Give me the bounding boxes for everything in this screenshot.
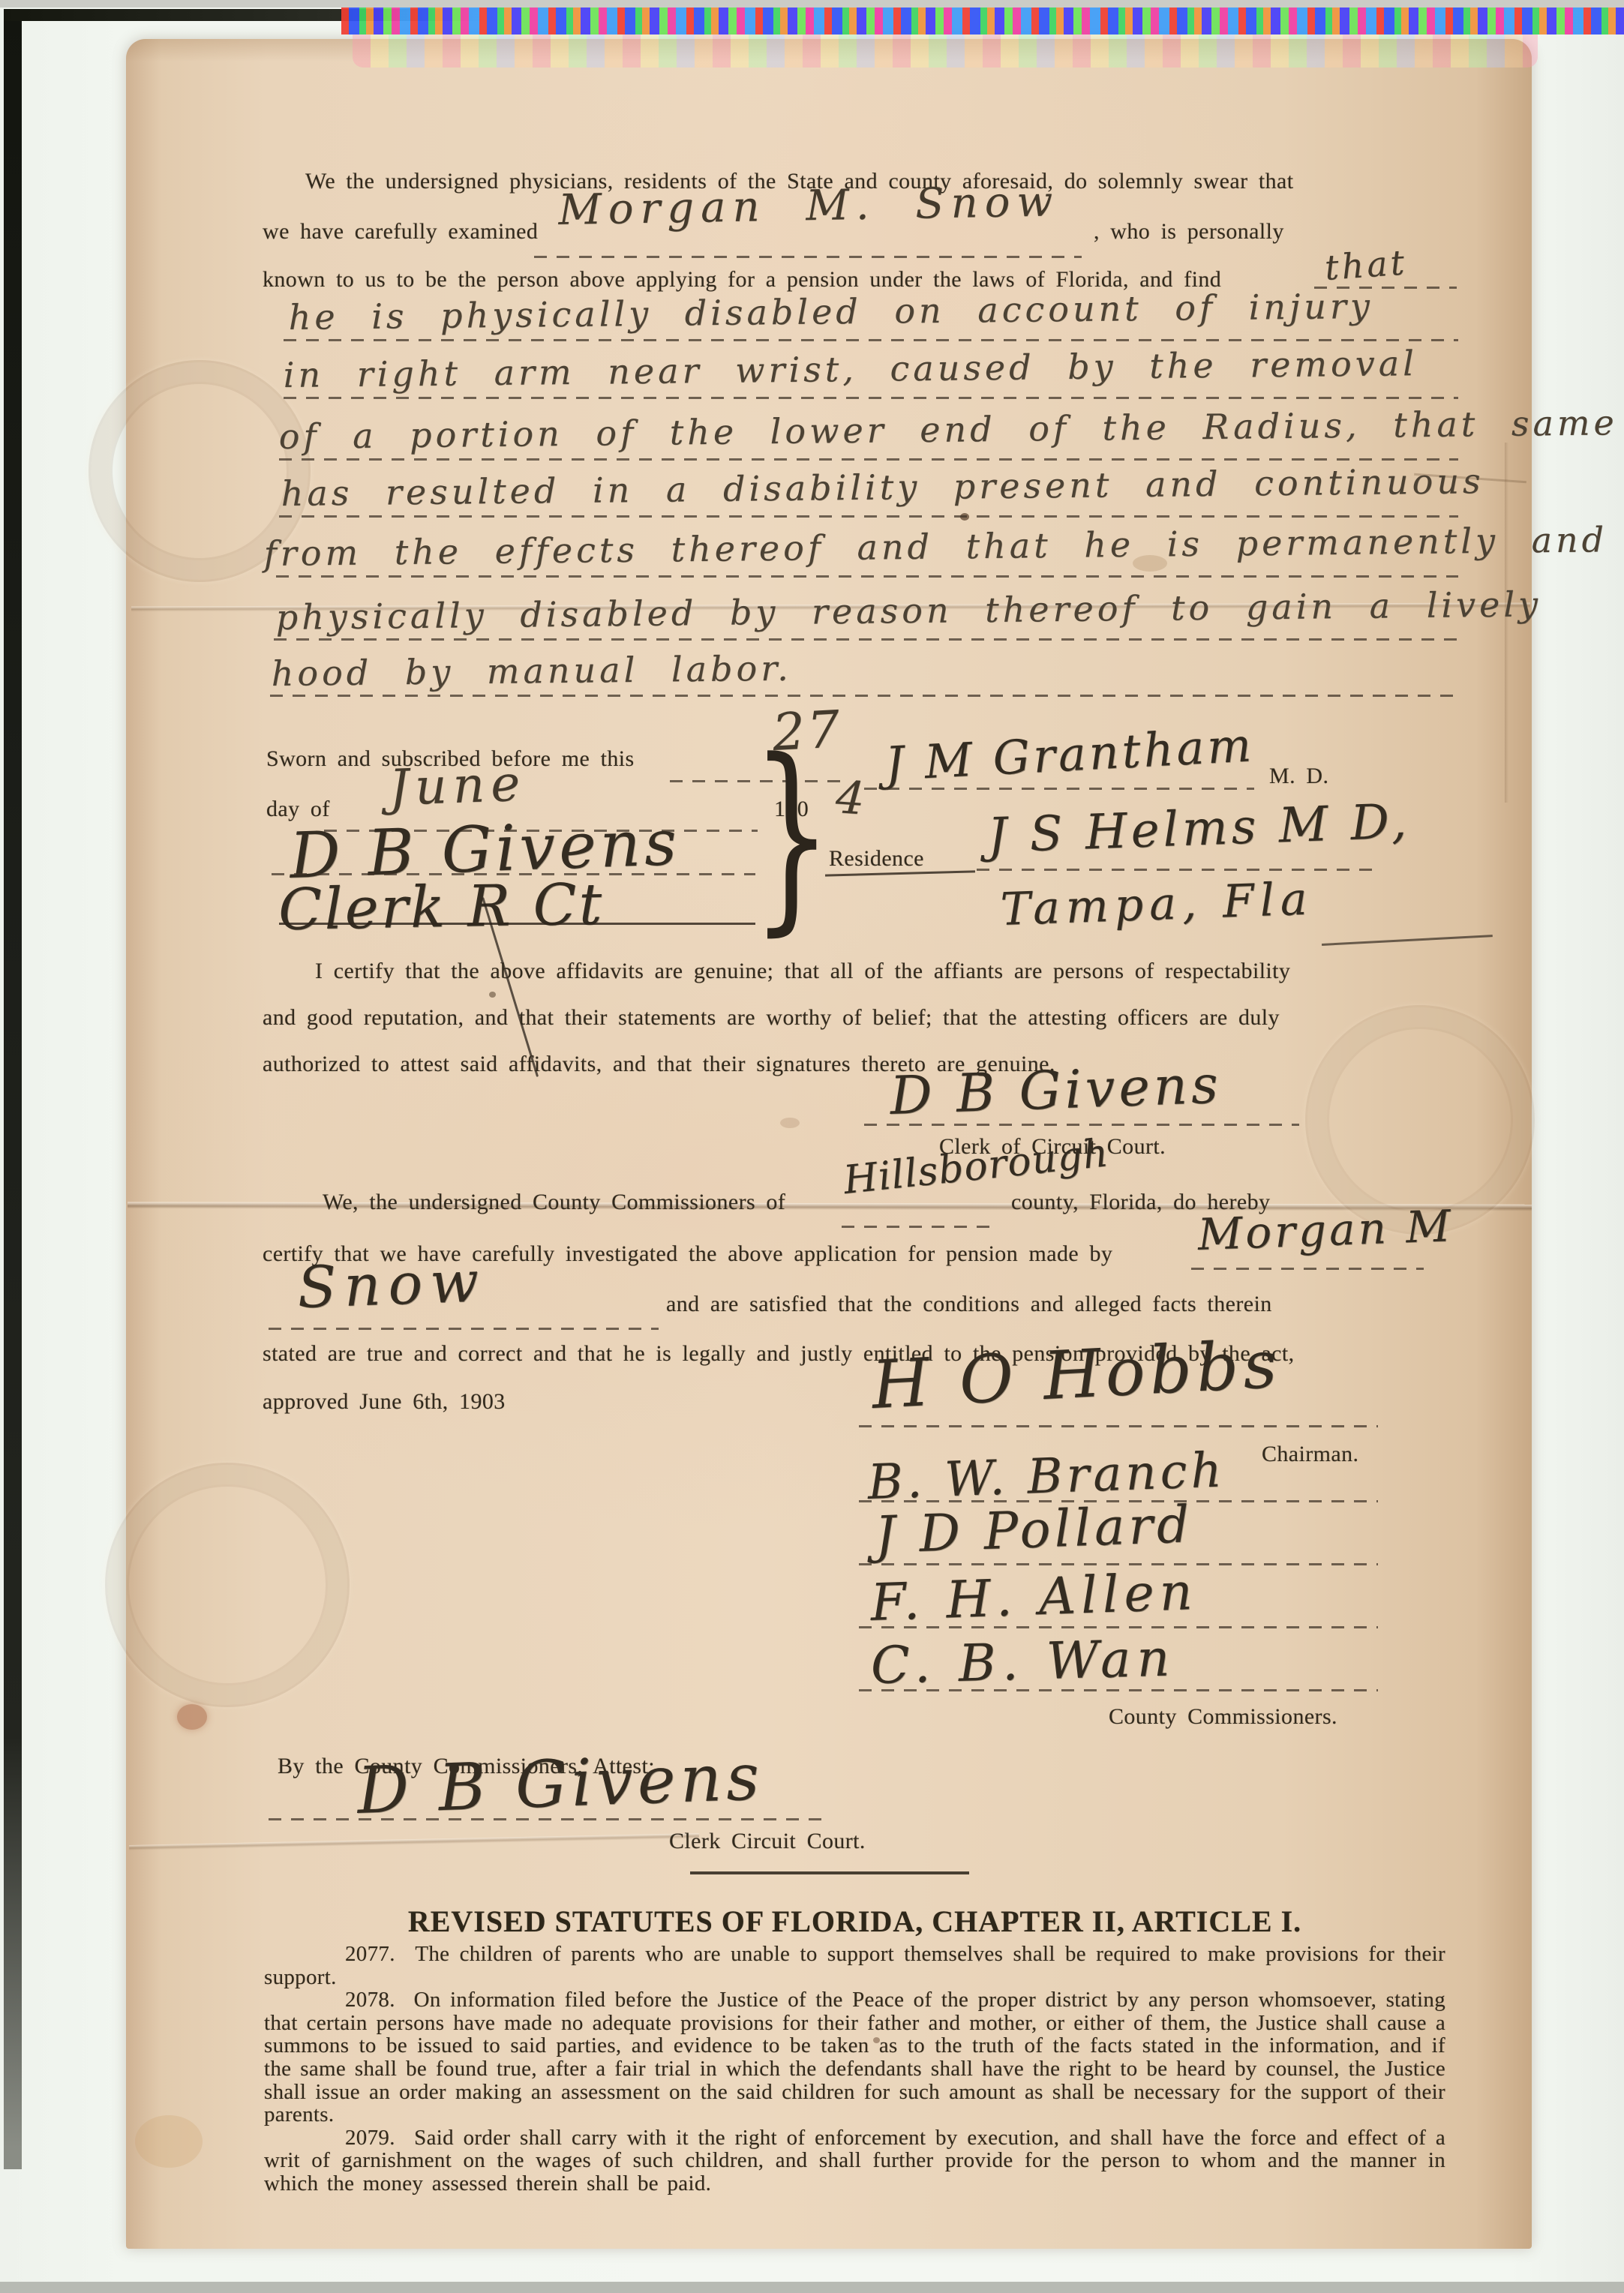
stain [135, 2115, 203, 2168]
signature-line [269, 1818, 825, 1820]
examined-name-handwriting: Morgan M. Snow [558, 177, 1060, 235]
commissioners-label: County Commissioners. [1109, 1704, 1337, 1730]
ruled-line [284, 339, 1458, 341]
clerk-title-script: Clerk R Ct [278, 870, 605, 943]
scan-top-edge [0, 0, 1624, 8]
certify-line: and good reputation, and that their stat… [263, 1005, 1280, 1031]
statutes-text-block: 2077. The children of parents who are un… [264, 1943, 1445, 2195]
ruled-line [279, 515, 1458, 518]
rust-stain [177, 1704, 207, 1730]
month-handwriting: June [388, 755, 527, 817]
handwritten-line: hood by manual labor. [271, 648, 792, 694]
attest-clerk-title: Clerk Circuit Court. [669, 1829, 866, 1854]
find-word-handwriting: that [1323, 242, 1409, 288]
statute-text: The children of parents who are unable t… [264, 1942, 1445, 1989]
statute-number: 2078. [345, 1988, 395, 2012]
section-divider-rule [690, 1871, 969, 1874]
statute-paragraph: 2079. Said order shall carry with it the… [264, 2126, 1445, 2195]
ruled-line [276, 575, 1458, 578]
ruled-line [284, 397, 1458, 399]
applicant-last-handwriting: Snow [296, 1247, 488, 1321]
year-digit-handwriting: 4 [834, 771, 866, 825]
commissioners-line-prefix: We, the undersigned County Commissioners… [323, 1190, 785, 1215]
signature-line [864, 788, 1254, 790]
scanner-rainbow-artifact-pastel [353, 35, 1538, 68]
embossed-seal [1305, 1005, 1535, 1235]
ink-spot [489, 992, 496, 998]
statutes-title: REVISED STATUTES OF FLORIDA, CHAPTER II,… [264, 1904, 1445, 1939]
curly-brace: } [752, 734, 832, 938]
scan-bottom-edge [0, 2282, 1624, 2293]
approved-date-line: approved June 6th, 1903 [263, 1389, 506, 1415]
affidavit-line-prefix: we have carefully examined [263, 219, 538, 245]
statute-paragraph: 2078. On information filed before the Ju… [264, 1988, 1445, 2126]
blank-line [1191, 1268, 1424, 1270]
scanner-rainbow-artifact [341, 8, 1624, 35]
signature-line [279, 923, 755, 925]
residence-city-handwriting: Tampa, Fla [1000, 872, 1314, 936]
ruled-line [274, 638, 1458, 641]
blank-line [842, 1226, 999, 1228]
statute-paragraph: 2077. The children of parents who are un… [264, 1943, 1445, 1988]
scanner-shadow-strip [4, 9, 22, 2169]
embossed-seal [105, 1463, 350, 1707]
signature-line [977, 869, 1382, 871]
affidavit-line-suffix: , who is personally [1094, 219, 1284, 245]
commissioner-signature: F. H. Allen [869, 1562, 1198, 1633]
ruled-line [270, 695, 1458, 697]
signature-line [859, 1425, 1378, 1427]
certify-line: I certify that the above affidavits are … [315, 959, 1290, 984]
blank-line [269, 1328, 659, 1330]
md-label: M. D. [1269, 764, 1328, 789]
statute-number: 2079. [345, 2126, 395, 2150]
statute-number: 2077. [345, 1942, 395, 1966]
signature-line [859, 1689, 1378, 1691]
blank-line [534, 256, 1082, 258]
signature-line [864, 1124, 1299, 1126]
ruled-line [279, 458, 1458, 461]
attest-clerk-signature: D B Givens [356, 1739, 765, 1829]
signature-line [859, 1626, 1378, 1628]
commissioner-signature: C. B. Wan [870, 1628, 1176, 1696]
chairman-label: Chairman. [1262, 1442, 1358, 1467]
statute-text: Said order shall carry with it the right… [264, 2126, 1445, 2195]
stain [780, 1118, 800, 1128]
commissioner-signature: J D Pollard [874, 1495, 1194, 1565]
residence-label: Residence [829, 846, 924, 872]
clerk-signature: D B Givens [889, 1054, 1223, 1127]
applicant-first-handwriting: Morgan M [1197, 1200, 1454, 1260]
scanned-document: We the undersigned physicians, residents… [0, 0, 1624, 2293]
statute-text: On information filed before the Justice … [264, 1988, 1445, 2126]
commissioners-line-suffix: and are satisfied that the conditions an… [666, 1292, 1272, 1317]
